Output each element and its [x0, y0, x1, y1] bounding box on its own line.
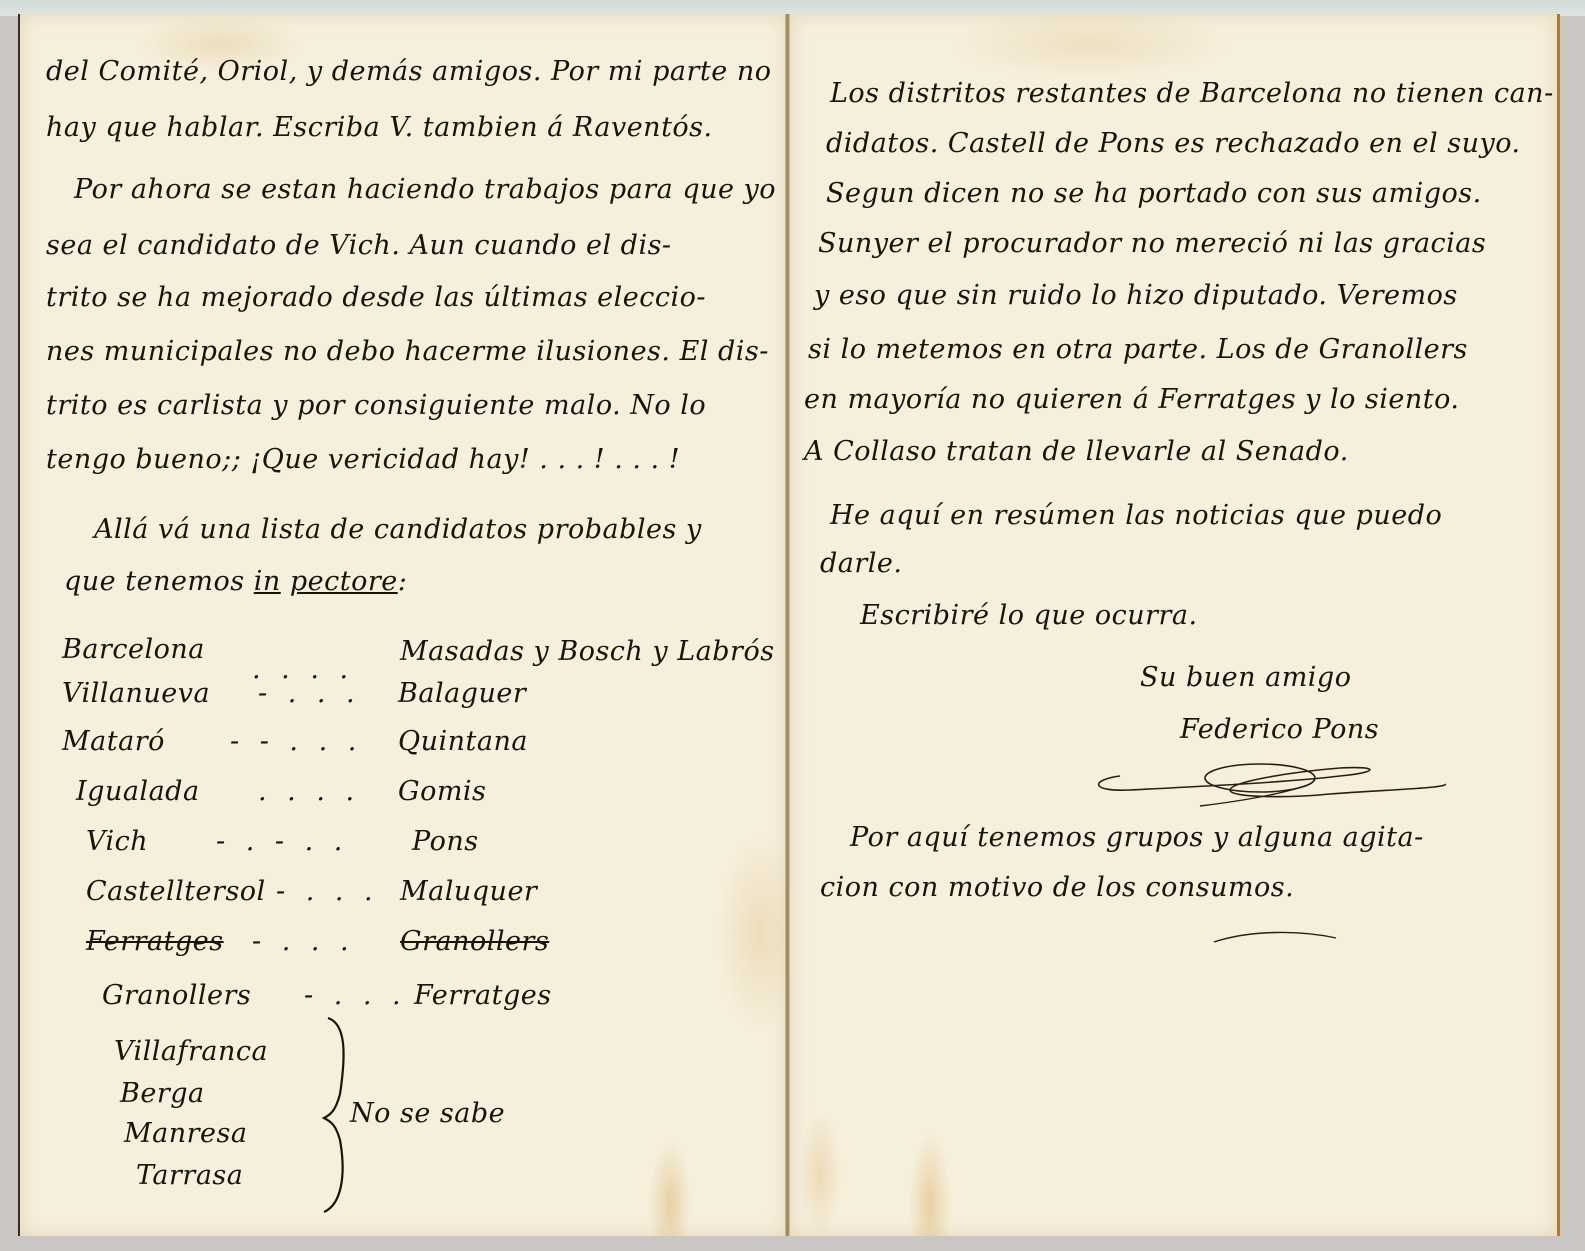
text-line: trito es carlista y por consiguiente mal…	[46, 390, 706, 421]
signature-flourish-icon	[1090, 754, 1470, 814]
text-line: sea el candidato de Vich. Aun cuando el …	[46, 230, 672, 261]
district-villanueva: Villanueva	[62, 678, 210, 709]
district-barcelona: Barcelona	[62, 634, 205, 665]
candidate-vich: Pons	[412, 826, 479, 857]
candidate-granollers-struck: Granollers	[400, 926, 549, 957]
left-page: del Comité, Oriol, y demás amigos. Por m…	[18, 14, 787, 1236]
text-line: en mayoría no quieren á Ferratges y lo s…	[804, 384, 1460, 415]
separator: - - . . .	[230, 726, 362, 757]
postscript-line: Por aquí tenemos grupos y alguna agita-	[850, 822, 1424, 853]
text-line: didatos. Castell de Pons es rechazado en…	[826, 128, 1521, 159]
text-fragment: que tenemos	[64, 566, 254, 597]
text-line: nes municipales no debo hacerme ilusione…	[46, 336, 769, 367]
text-line: Allá vá una lista de candidatos probable…	[94, 514, 702, 545]
district-villafranca: Villafranca	[114, 1036, 268, 1067]
text-line: hay que hablar. Escriba V. tambien á Rav…	[46, 112, 713, 143]
right-page: Los distritos restantes de Barcelona no …	[790, 14, 1560, 1236]
text-line: Los distritos restantes de Barcelona no …	[830, 78, 1554, 109]
underlined-word: in	[254, 566, 281, 597]
text-line: y eso que sin ruido lo hizo diputado. Ve…	[814, 280, 1458, 311]
text-line: tengo bueno;; ¡Que vericidad hay! . . . …	[46, 444, 680, 475]
text-line: Sunyer el procurador no mereció ni las g…	[818, 228, 1486, 259]
note-no-se-sabe: No se sabe	[350, 1098, 505, 1129]
text-line: darle.	[820, 548, 902, 579]
district-ferratges-struck: Ferratges	[86, 926, 224, 957]
text-line: Segun dicen no se ha portado con sus ami…	[826, 178, 1482, 209]
district-vich: Vich	[86, 826, 148, 857]
candidate-igualada: Gomis	[398, 776, 486, 807]
separator: - . . .	[258, 678, 361, 709]
closing-flourish-icon	[1210, 926, 1340, 946]
text-line: Por ahora se estan haciendo trabajos par…	[74, 174, 776, 205]
separator: - . . .	[276, 876, 379, 907]
district-mataro: Mataró	[62, 726, 165, 757]
postscript-line: cion con motivo de los consumos.	[820, 872, 1294, 903]
candidate-castelltersol: Maluquer	[400, 876, 537, 907]
text-line: trito se ha mejorado desde las últimas e…	[46, 282, 706, 313]
district-manresa: Manresa	[124, 1118, 247, 1149]
signature: Federico Pons	[1180, 714, 1379, 745]
candidate-barcelona: Masadas y Bosch y Labrós	[400, 636, 775, 667]
candidate-villanueva: Balaguer	[398, 678, 526, 709]
district-berga: Berga	[120, 1078, 205, 1109]
text-fragment: :	[398, 566, 408, 597]
text-line: del Comité, Oriol, y demás amigos. Por m…	[46, 56, 771, 87]
district-tarrasa: Tarrasa	[136, 1160, 243, 1191]
separator: - . - . .	[216, 826, 348, 857]
text-line: que tenemos in pectore:	[64, 566, 407, 597]
text-line: A Collaso tratan de llevarle al Senado.	[804, 436, 1349, 467]
underlined-word: pectore	[290, 566, 398, 597]
text-line: si lo metemos en otra parte. Los de Gran…	[808, 334, 1468, 365]
text-line: He aquí en resúmen las noticias que pued…	[830, 500, 1442, 531]
district-granollers: Granollers	[102, 980, 251, 1011]
separator: - . . .	[252, 926, 355, 957]
separator: - . . .	[304, 980, 407, 1011]
district-castelltersol: Castelltersol	[86, 876, 266, 907]
text-line: Escribiré lo que ocurra.	[860, 600, 1198, 631]
candidate-granollers: Ferratges	[414, 980, 552, 1011]
district-igualada: Igualada	[76, 776, 200, 807]
separator: . . . .	[258, 776, 360, 807]
candidate-mataro: Quintana	[398, 726, 528, 757]
closing: Su buen amigo	[1140, 662, 1351, 693]
